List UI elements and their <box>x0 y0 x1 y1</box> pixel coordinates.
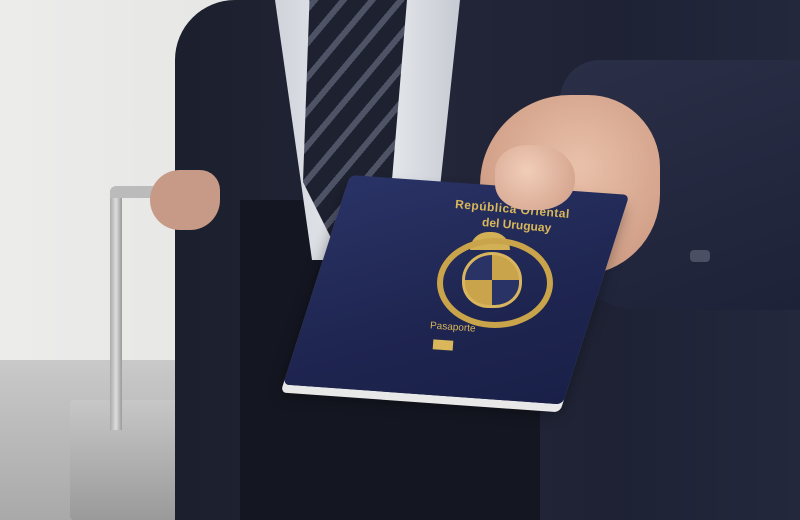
coat-of-arms-icon <box>462 252 522 308</box>
photo-scene: República Oriental del Uruguay Pasaporte <box>0 0 800 520</box>
biometric-chip-icon <box>433 339 454 350</box>
thumb <box>495 145 575 210</box>
cuff-button <box>690 250 710 262</box>
suitcase-handle-left <box>110 190 122 430</box>
left-hand <box>150 170 220 230</box>
